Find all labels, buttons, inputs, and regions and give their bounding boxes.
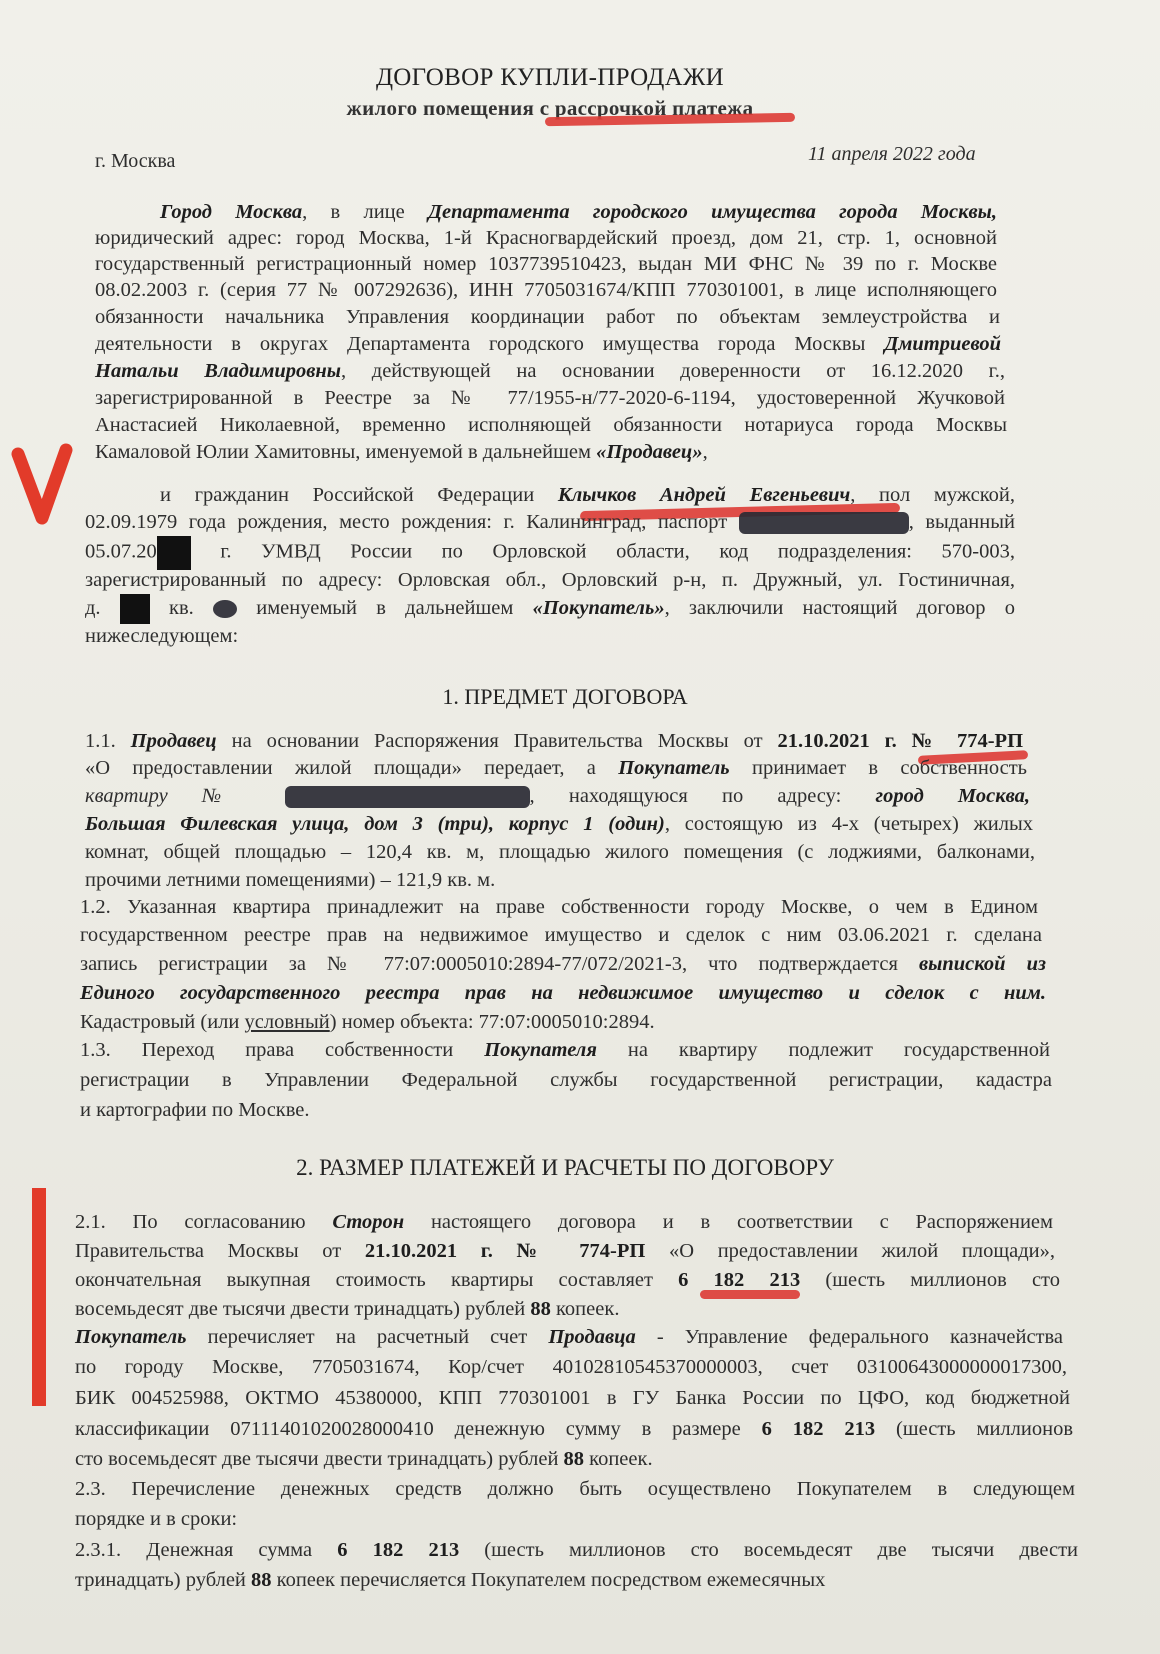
- preamble-line: Натальи Владимировны, действующей на осн…: [95, 357, 1005, 385]
- redacted-year: [157, 536, 191, 570]
- buyer-name: Клычков Андрей Евгеньевич: [558, 484, 850, 506]
- clause-1-1: 1.1. Продавец на основании Распоряжения …: [85, 727, 1023, 755]
- buyer-line: 05.07.20 г. УМВД России по Орловской обл…: [85, 536, 1015, 570]
- annotation-check-mark: [8, 440, 78, 530]
- clause-2-2: по городу Москве, 7705031674, Кор/счет 4…: [75, 1353, 1067, 1381]
- annotation-underline-price: [700, 1290, 800, 1299]
- section-1-heading: 1. ПРЕДМЕТ ДОГОВОРА: [0, 684, 1130, 710]
- clause-2-1: восемьдесят две тысячи двести тринадцать…: [75, 1295, 619, 1323]
- clause-2-2: классификации 07111401020028000410 денеж…: [75, 1415, 1073, 1443]
- preamble-line: государственный регистрационный номер 10…: [95, 250, 997, 278]
- clause-1-2: Единого государственного реестра прав на…: [80, 979, 1046, 1007]
- annotation-margin-bar: [32, 1188, 46, 1406]
- clause-1-3: 1.3. Переход права собственности Покупат…: [80, 1036, 1050, 1064]
- preamble-line: Камаловой Юлии Хамитовны, именуемой в да…: [95, 438, 708, 466]
- clause-1-2: государственном реестре прав на недвижим…: [80, 921, 1042, 949]
- section-2-heading: 2. РАЗМЕР ПЛАТЕЖЕЙ И РАСЧЕТЫ ПО ДОГОВОРУ: [0, 1155, 1130, 1181]
- clause-2-3-1: 2.3.1. Денежная сумма 6 182 213 (шесть м…: [75, 1536, 1078, 1564]
- clause-1-1: прочими летними помещениями) – 121,9 кв.…: [85, 866, 495, 894]
- clause-2-3-1: тринадцать) рублей 88 копеек перечисляет…: [75, 1566, 825, 1594]
- buyer-line: зарегистрированный по адресу: Орловская …: [85, 566, 1015, 594]
- price-value: 6 182 213: [678, 1269, 800, 1291]
- clause-2-1: окончательная выкупная стоимость квартир…: [75, 1266, 1060, 1294]
- document-page: ДОГОВОР КУПЛИ-ПРОДАЖИ жилого помещения с…: [0, 0, 1160, 1654]
- clause-1-1: комнат, общей площадью – 120,4 кв. м, пл…: [85, 838, 1035, 866]
- clause-2-1: Правительства Москвы от 21.10.2021 г. № …: [75, 1237, 1055, 1265]
- buyer-line: 02.09.1979 года рождения, место рождения…: [85, 508, 1015, 536]
- redacted-passport: [739, 512, 909, 534]
- redacted-house: [120, 594, 150, 624]
- clause-2-2: БИК 004525988, ОКТМО 45380000, КПП 77030…: [75, 1384, 1070, 1412]
- clause-1-2: 1.2. Указанная квартира принадлежит на п…: [80, 893, 1038, 921]
- clause-1-3: и картографии по Москве.: [80, 1096, 310, 1124]
- preamble-line: Анастасией Николаевной, временно исполня…: [95, 411, 1007, 439]
- document-city: г. Москва: [95, 147, 175, 175]
- preamble-line: 08.02.2003 г. (серия 77 № 007292636), ИН…: [95, 276, 997, 304]
- buyer-line: нижеследующем:: [85, 622, 238, 650]
- preamble-line: юридический адрес: город Москва, 1-й Кра…: [95, 224, 997, 252]
- clause-1-3: регистрации в Управлении Федеральной слу…: [80, 1066, 1052, 1094]
- document-date: 11 апреля 2022 года: [808, 140, 976, 168]
- clause-1-1: «О предоставлении жилой площади» передае…: [85, 754, 1027, 782]
- preamble-line: зарегистрированной в Реестре за № 77/195…: [95, 384, 1005, 412]
- clause-2-1: 2.1. По согласованию Сторон настоящего д…: [75, 1208, 1053, 1236]
- clause-1-1: Большая Филевская улица, дом 3 (три), ко…: [85, 810, 1033, 838]
- clause-1-1: квартиру № , находящуюся по адресу: горо…: [85, 782, 1030, 810]
- preamble-line: обязанности начальника Управления коорди…: [95, 303, 1000, 331]
- clause-2-2: Покупатель перечисляет на расчетный счет…: [75, 1323, 1063, 1351]
- clause-2-3: 2.3. Перечисление денежных средств должн…: [75, 1475, 1075, 1503]
- clause-1-2: Кадастровый (или условный) номер объекта…: [80, 1008, 655, 1036]
- buyer-line: д. кв. именуемый в дальнейшем «Покупател…: [85, 594, 1015, 624]
- clause-2-3: порядке и в сроки:: [75, 1505, 237, 1533]
- document-title: ДОГОВОР КУПЛИ-ПРОДАЖИ: [0, 64, 1100, 92]
- clause-2-2: сто восемьдесят две тысячи двести тринад…: [75, 1445, 653, 1473]
- clause-1-2: запись регистрации за № 77:07:0005010:28…: [80, 950, 1046, 978]
- preamble-line: деятельности в округах Департамента горо…: [95, 330, 1001, 358]
- redacted-apartment: [213, 600, 237, 618]
- redacted-apartment-number: [285, 786, 530, 808]
- preamble-line: Город Москва, в лице Департамента городс…: [160, 198, 997, 226]
